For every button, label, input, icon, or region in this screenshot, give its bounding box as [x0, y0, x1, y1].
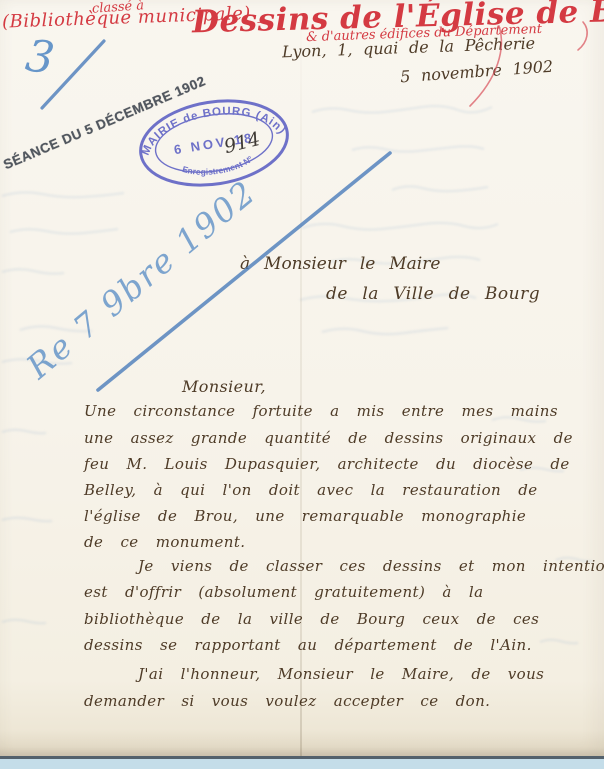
red-flourish — [470, 26, 501, 106]
letter-paper: classé à (Bibliothèque municipale) _ Des… — [0, 0, 604, 759]
scanned-letter: classé à (Bibliothèque municipale) _ Des… — [0, 0, 604, 769]
pen-strokes-overlay — [0, 0, 604, 756]
bottom-fold-shadow — [0, 730, 604, 756]
blue-slash-long — [98, 153, 390, 390]
red-flourish-hook — [578, 22, 587, 50]
blue-slash-short — [42, 41, 104, 108]
